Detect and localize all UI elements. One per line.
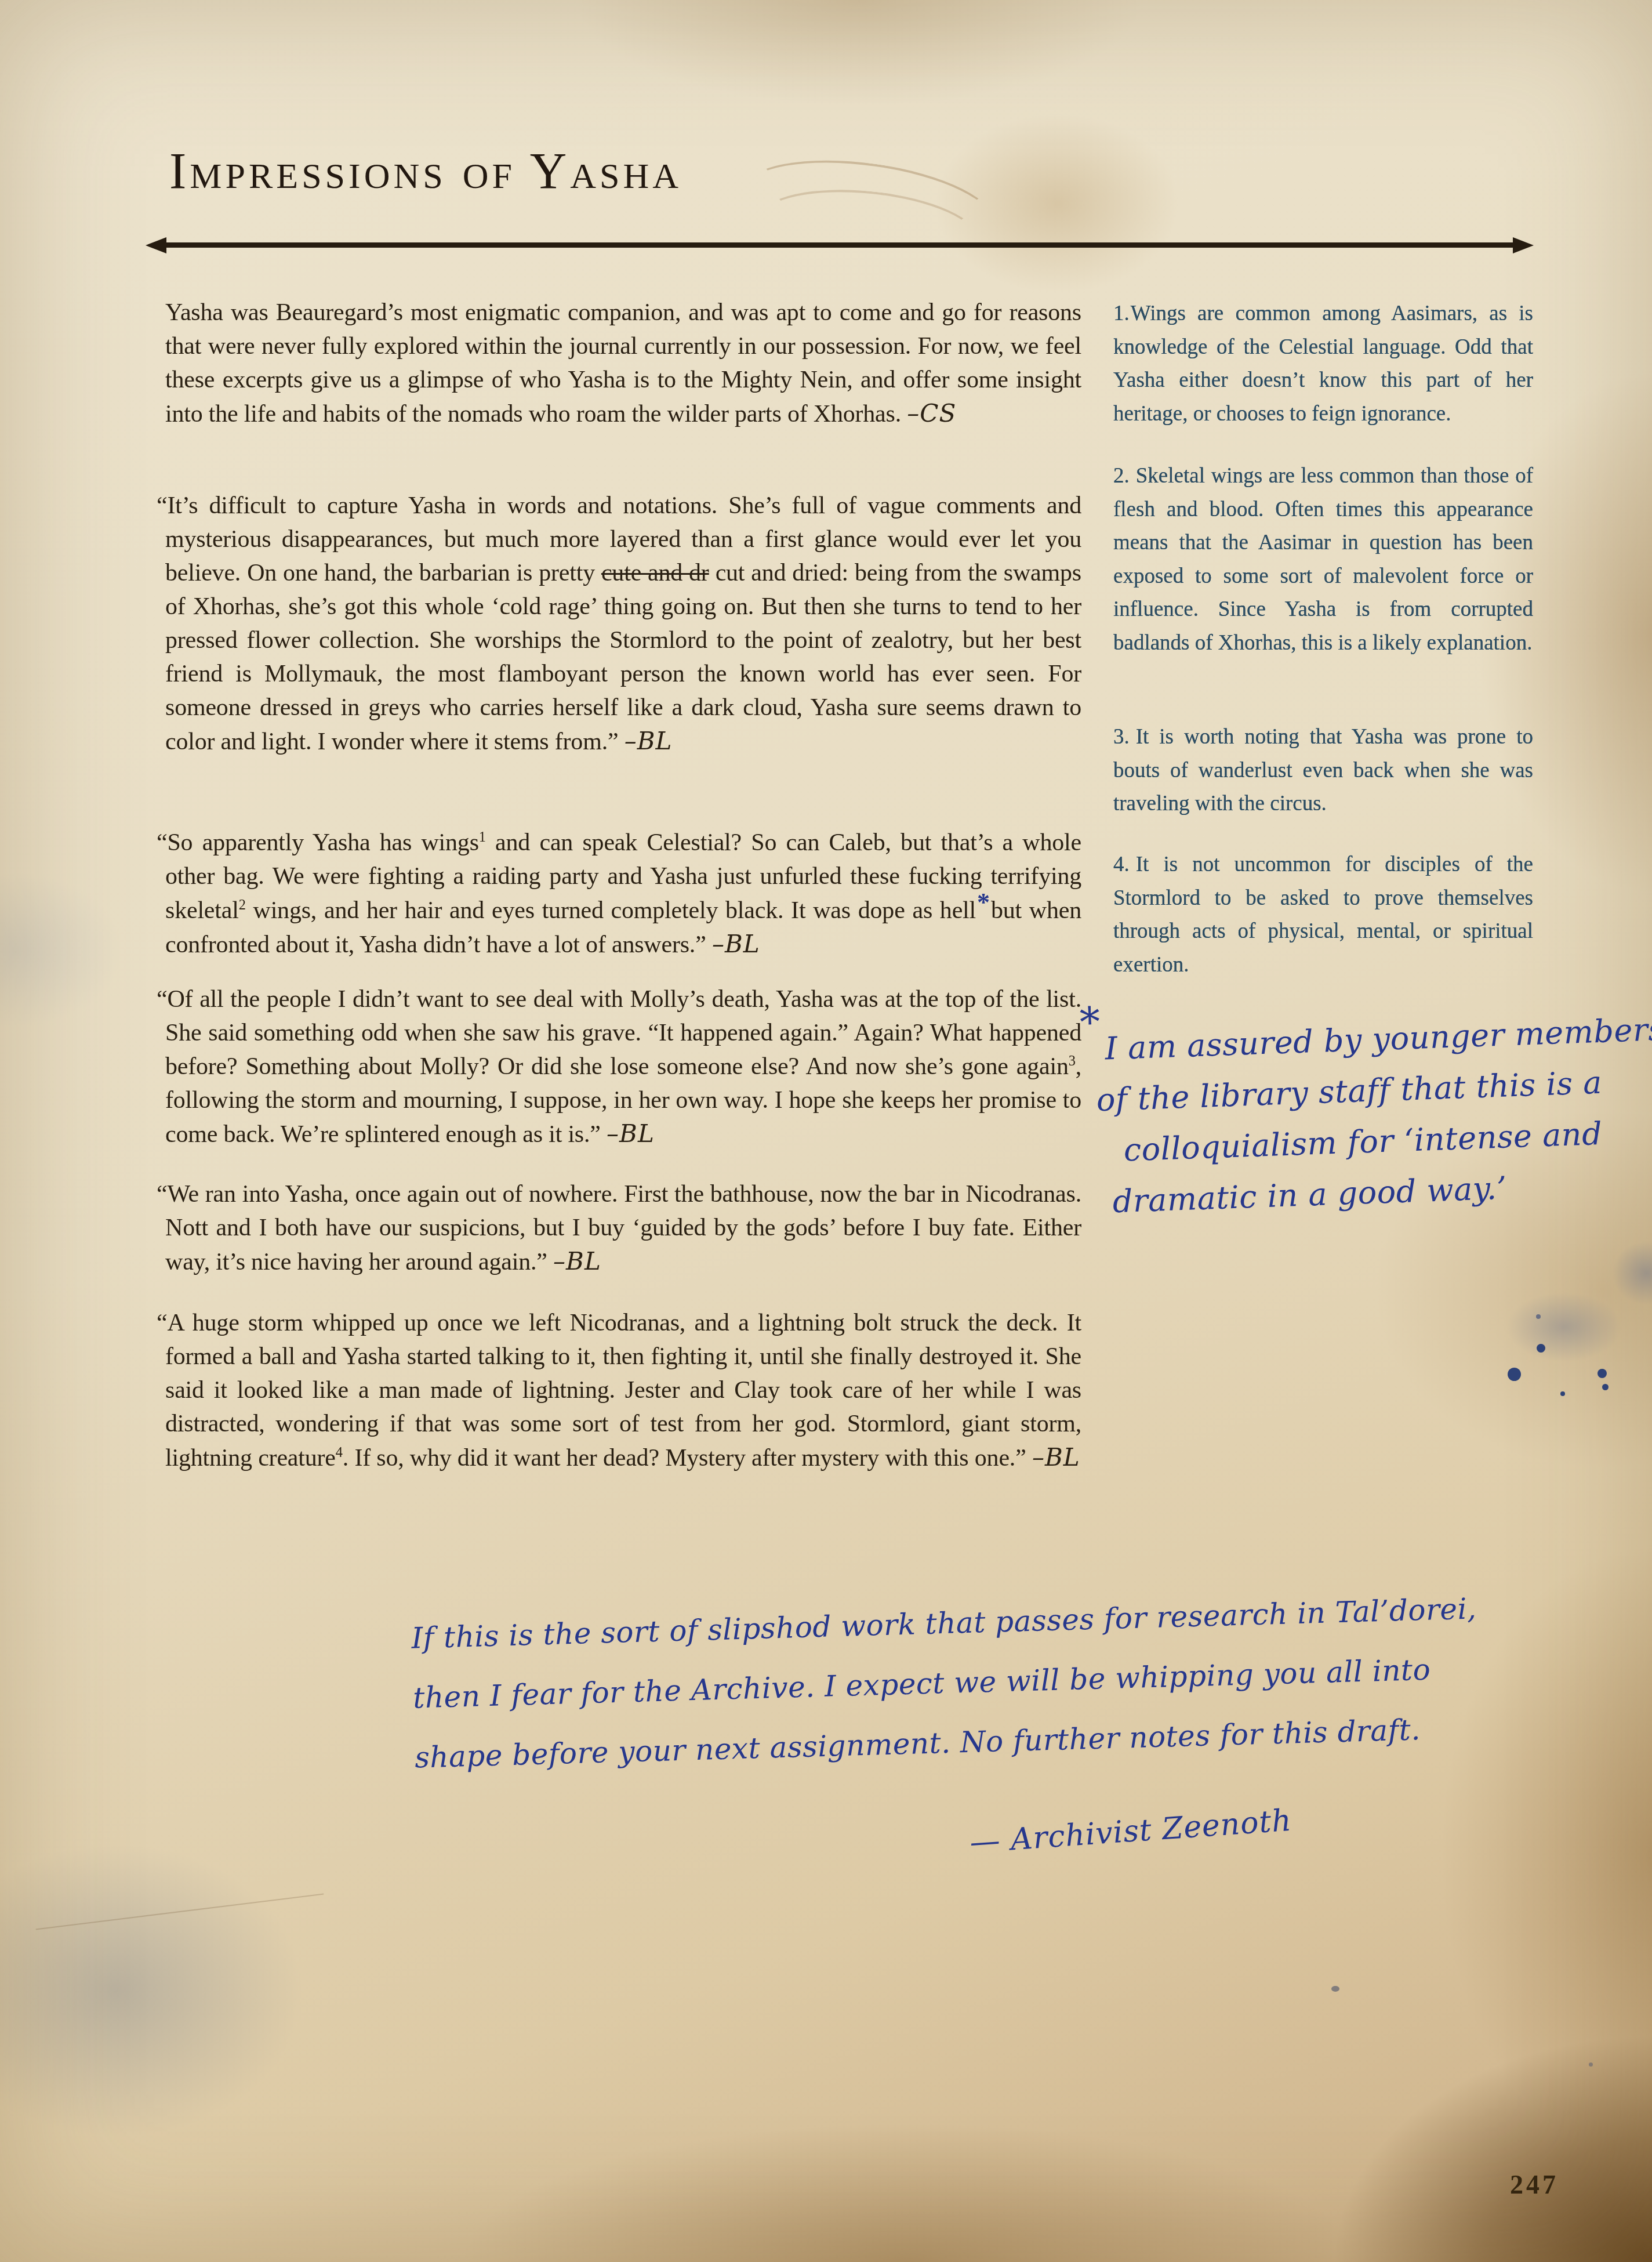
footnote-text: Skeletal wings are less common than thos… bbox=[1113, 464, 1533, 655]
footnote-text: It is worth noting that Yasha was prone … bbox=[1113, 725, 1533, 815]
ink-smudge bbox=[1506, 1292, 1622, 1362]
page-title: Impressions of Yasha bbox=[169, 144, 682, 199]
intro-paragraph: Yasha was Beauregard’s most enigmatic co… bbox=[165, 296, 1081, 431]
margin-footnote-4: 4.It is not uncommon for disciples of th… bbox=[1113, 848, 1533, 981]
ink-splatter-dot bbox=[1331, 1986, 1339, 1992]
text-run: “We ran into Yasha, once again out of no… bbox=[157, 1181, 1081, 1275]
text-run: “Of all the people I didn’t want to see … bbox=[157, 986, 1081, 1080]
entry-signature: –BL bbox=[607, 1119, 655, 1148]
footnote-reference: 4 bbox=[336, 1445, 343, 1460]
journal-paragraph-2: “So apparently Yasha has wings1 and can … bbox=[165, 826, 1081, 962]
margin-footnote-1: 1.Wings are common among Aasimars, as is… bbox=[1113, 297, 1533, 430]
margin-footnote-3: 3.It is worth noting that Yasha was pron… bbox=[1113, 720, 1533, 821]
handwritten-margin-note-lines: I am assured by younger membersof the li… bbox=[1094, 1004, 1652, 1228]
ink-splatter-dot bbox=[1536, 1314, 1541, 1319]
entry-signature: –BL bbox=[553, 1247, 601, 1275]
journal-paragraph-5: “A huge storm whipped up once we left Ni… bbox=[165, 1306, 1081, 1475]
entry-signature: –BL bbox=[625, 727, 673, 755]
footnote-reference: 2 bbox=[239, 897, 246, 913]
footnote-reference: 1 bbox=[479, 829, 486, 845]
section-divider bbox=[148, 237, 1531, 254]
stain-arc bbox=[756, 180, 982, 277]
footnote-text: Wings are common among Aasimars, as is k… bbox=[1113, 302, 1533, 426]
asterisk-icon: * bbox=[1079, 998, 1101, 1046]
journal-paragraph-1: “It’s difficult to capture Yasha in word… bbox=[165, 489, 1081, 759]
footnote-number: 1. bbox=[1113, 302, 1130, 325]
ink-splatter-dot bbox=[1537, 1344, 1545, 1353]
footnote-reference: 3 bbox=[1069, 1053, 1076, 1069]
handwritten-margin-note: * I am assured by younger membersof the … bbox=[1094, 1004, 1652, 1228]
scratch-mark bbox=[36, 1894, 324, 1930]
page-number: 247 bbox=[1510, 2169, 1559, 2200]
ink-splatter-dot bbox=[1560, 1391, 1565, 1396]
divider-arrow-right-icon bbox=[1513, 237, 1534, 253]
margin-footnote-2: 2.Skeletal wings are less common than th… bbox=[1113, 459, 1533, 659]
ink-splatter-dot bbox=[1508, 1368, 1521, 1381]
book-page: Impressions of Yasha Yasha was Beauregar… bbox=[0, 0, 1652, 2262]
text-run: “So apparently Yasha has wings bbox=[157, 829, 479, 856]
footnote-text: It is not uncommon for disciples of the … bbox=[1113, 853, 1533, 977]
archivist-signature: — Archivist Zeenoth bbox=[969, 1803, 1293, 1861]
ink-splatter-dot bbox=[1602, 1384, 1609, 1390]
struck-text: cute and dr bbox=[601, 560, 709, 586]
ink-smudge bbox=[1612, 1241, 1652, 1305]
entry-signature: –CS bbox=[907, 399, 956, 427]
inline-asterisk-icon: * bbox=[976, 888, 991, 916]
entry-signature: –BL bbox=[712, 930, 760, 958]
text-run: cut and dried: being from the swamps of … bbox=[165, 560, 1081, 755]
divider-rule bbox=[155, 242, 1524, 248]
journal-paragraph-4: “We ran into Yasha, once again out of no… bbox=[165, 1177, 1081, 1279]
handwritten-footer-note: If this is the sort of slipshod work tha… bbox=[411, 1579, 1480, 1788]
text-run: . If so, why did it want her dead? Myste… bbox=[343, 1445, 1032, 1471]
entry-signature: –BL bbox=[1032, 1443, 1080, 1471]
footnote-number: 4. bbox=[1113, 853, 1130, 876]
ink-splatter-dot bbox=[1589, 2062, 1593, 2067]
journal-paragraph-3: “Of all the people I didn’t want to see … bbox=[165, 983, 1081, 1151]
footnote-number: 2. bbox=[1113, 464, 1130, 488]
ink-splatter-dot bbox=[1597, 1369, 1607, 1378]
footnote-number: 3. bbox=[1113, 725, 1130, 749]
text-run: wings, and her hair and eyes turned comp… bbox=[246, 897, 976, 924]
